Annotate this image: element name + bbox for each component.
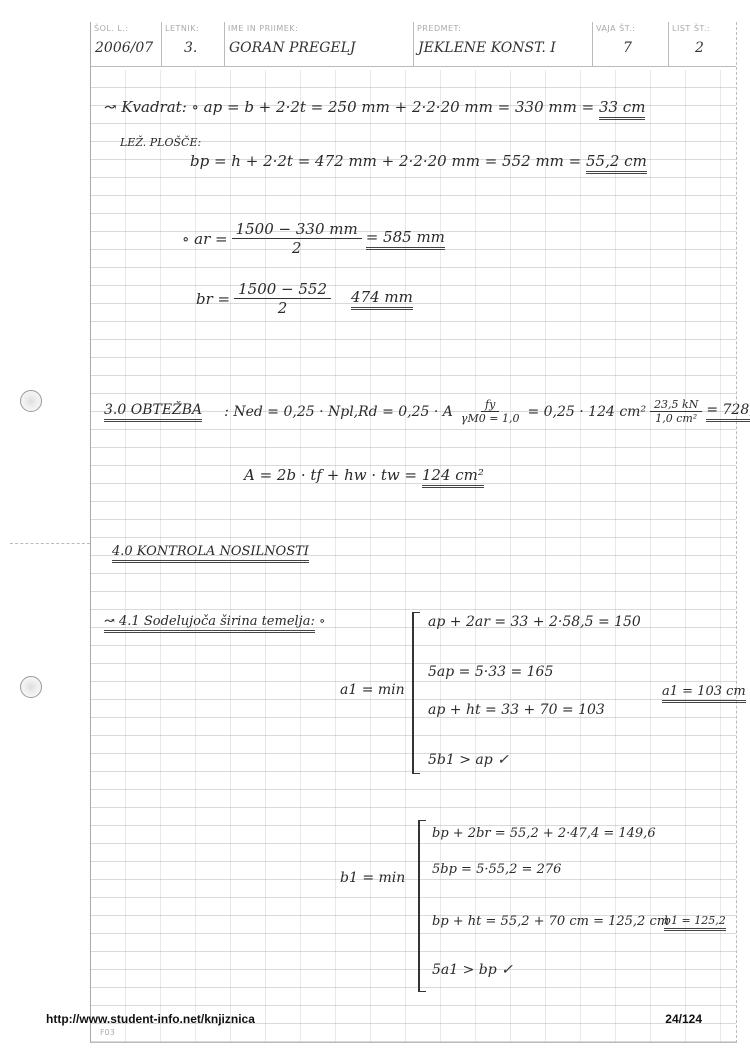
br-denominator: 2 <box>274 299 292 317</box>
b1-result: b1 = 125,2 <box>664 914 726 931</box>
form-code: F03 <box>100 1028 115 1037</box>
ned-expression-2: = 0,25 · 124 cm² <box>527 404 646 420</box>
line-area: A = 2b · tf + hw · tw = 124 cm² <box>244 466 484 484</box>
header-value: JEKLENE KONST. I <box>418 40 556 56</box>
line-ar: ∘ ar = 1500 − 330 mm 2 = 585 mm <box>182 220 445 257</box>
b1-row-4: 5a1 > bp ✓ <box>432 962 513 978</box>
footer-url[interactable]: http://www.student-info.net/knjiznica <box>46 1012 255 1026</box>
a1-row-4: 5b1 > ap ✓ <box>428 752 509 768</box>
page-number: 24/124 <box>665 1012 702 1026</box>
ar-fraction: 1500 − 330 mm 2 <box>232 220 362 257</box>
worksheet: ŠOL. L.: 2006/07 LETNIK: 3. IME IN PRIIM… <box>90 22 737 1043</box>
bp-expression: bp = h + 2·2t = 472 mm + 2·2·20 mm = 552… <box>190 152 581 170</box>
header-value: GORAN PREGELJ <box>229 40 356 56</box>
ned-expression: : Ned = 0,25 · Npl,Rd = 0,25 · A <box>224 404 453 420</box>
b1-brace <box>418 820 426 992</box>
margin-dash <box>10 543 90 544</box>
header-subject: PREDMET: JEKLENE KONST. I <box>414 22 593 66</box>
br-result: 474 mm <box>351 288 413 310</box>
a1-result-wrap: a1 = 103 cm <box>662 684 746 699</box>
header-name: IME IN PRIIMEK: GORAN PREGELJ <box>225 22 414 66</box>
ar-denominator: 2 <box>288 239 306 257</box>
b1-row-3: bp + ht = 55,2 + 70 cm = 125,2 cm <box>432 914 669 929</box>
header-label: LETNIK: <box>165 24 199 33</box>
a1-brace <box>412 612 420 774</box>
header-label: ŠOL. L.: <box>94 24 129 33</box>
a1-label: a1 = min <box>340 682 405 698</box>
a1-row-3: ap + ht = 33 + 70 = 103 <box>428 702 605 718</box>
b1-row-1: bp + 2br = 55,2 + 2·47,4 = 149,6 <box>432 826 656 841</box>
punch-hole-top <box>20 390 42 412</box>
fy-value-numerator: 23,5 kN <box>650 398 702 412</box>
plate-label: LEŽ. PLOŠČE: <box>120 136 201 149</box>
fy-value-fraction: 23,5 kN 1,0 cm² <box>650 398 702 425</box>
section-3-title: 3.0 OBTEŽBA <box>104 402 202 422</box>
header-value: 2006/07 <box>95 40 153 56</box>
b1-result-wrap: b1 = 125,2 <box>664 914 726 927</box>
fy-denominator: γM0 = 1,0 <box>457 412 524 425</box>
header-school-year: ŠOL. L.: 2006/07 <box>91 22 162 66</box>
b1-row-2: 5bp = 5·55,2 = 276 <box>432 862 561 877</box>
header-label: IME IN PRIIMEK: <box>228 24 298 33</box>
header-sheet: LIST ŠT.: 2 <box>669 22 736 66</box>
bullet: ∘ <box>319 614 325 629</box>
br-fraction: 1500 − 552 2 <box>234 280 331 317</box>
header-label: PREDMET: <box>417 24 461 33</box>
header-value: 7 <box>623 40 632 56</box>
section-4-1: ↝ 4.1 Sodelujoča širina temelja: ∘ <box>104 614 325 629</box>
ar-label: ∘ ar = <box>182 230 228 248</box>
br-numerator: 1500 − 552 <box>234 280 331 299</box>
header-label: VAJA ŠT.: <box>596 24 635 33</box>
section-4-1-title: ↝ 4.1 Sodelujoča širina temelja: <box>104 614 315 633</box>
ap-result: 33 cm <box>599 98 645 120</box>
area-result: 124 cm² <box>422 466 484 488</box>
line-bp: bp = h + 2·2t = 472 mm + 2·2·20 mm = 552… <box>190 152 647 170</box>
ap-label: ↝ Kvadrat: ∘ ap = <box>104 98 240 116</box>
a1-row-1: ap + 2ar = 33 + 2·58,5 = 150 <box>428 614 641 630</box>
header-value: 3. <box>184 40 197 56</box>
ned-result: = 728,5 KN <box>706 402 750 422</box>
b1-label: b1 = min <box>340 870 405 886</box>
ar-numerator: 1500 − 330 mm <box>232 220 362 239</box>
a1-result: a1 = 103 cm <box>662 684 746 703</box>
area-expression: A = 2b · tf + hw · tw = <box>244 466 417 484</box>
form-header: ŠOL. L.: 2006/07 LETNIK: 3. IME IN PRIIM… <box>91 22 736 67</box>
header-label: LIST ŠT.: <box>672 24 710 33</box>
fy-value-denominator: 1,0 cm² <box>651 412 701 425</box>
line-br: br = 1500 − 552 2 474 mm <box>196 280 413 317</box>
ap-expression: b + 2·2t = 250 mm + 2·2·20 mm = 330 mm = <box>244 98 594 116</box>
section-4-title: 4.0 KONTROLA NOSILNOSTI <box>112 544 309 563</box>
fy-numerator: fy <box>481 398 499 412</box>
header-year: LETNIK: 3. <box>162 22 225 66</box>
bp-result: 55,2 cm <box>586 152 647 174</box>
punch-hole-bottom <box>20 676 42 698</box>
a1-row-2: 5ap = 5·33 = 165 <box>428 664 553 680</box>
section-load: 3.0 OBTEŽBA : Ned = 0,25 · Npl,Rd = 0,25… <box>104 398 750 425</box>
line-ap: ↝ Kvadrat: ∘ ap = b + 2·2t = 250 mm + 2·… <box>104 98 645 116</box>
fy-fraction: fy γM0 = 1,0 <box>457 398 524 425</box>
ar-result: = 585 mm <box>366 228 445 250</box>
section-4: 4.0 KONTROLA NOSILNOSTI <box>112 544 309 559</box>
header-value: 2 <box>695 40 704 56</box>
header-exercise: VAJA ŠT.: 7 <box>593 22 669 66</box>
br-label: br = <box>196 290 230 308</box>
